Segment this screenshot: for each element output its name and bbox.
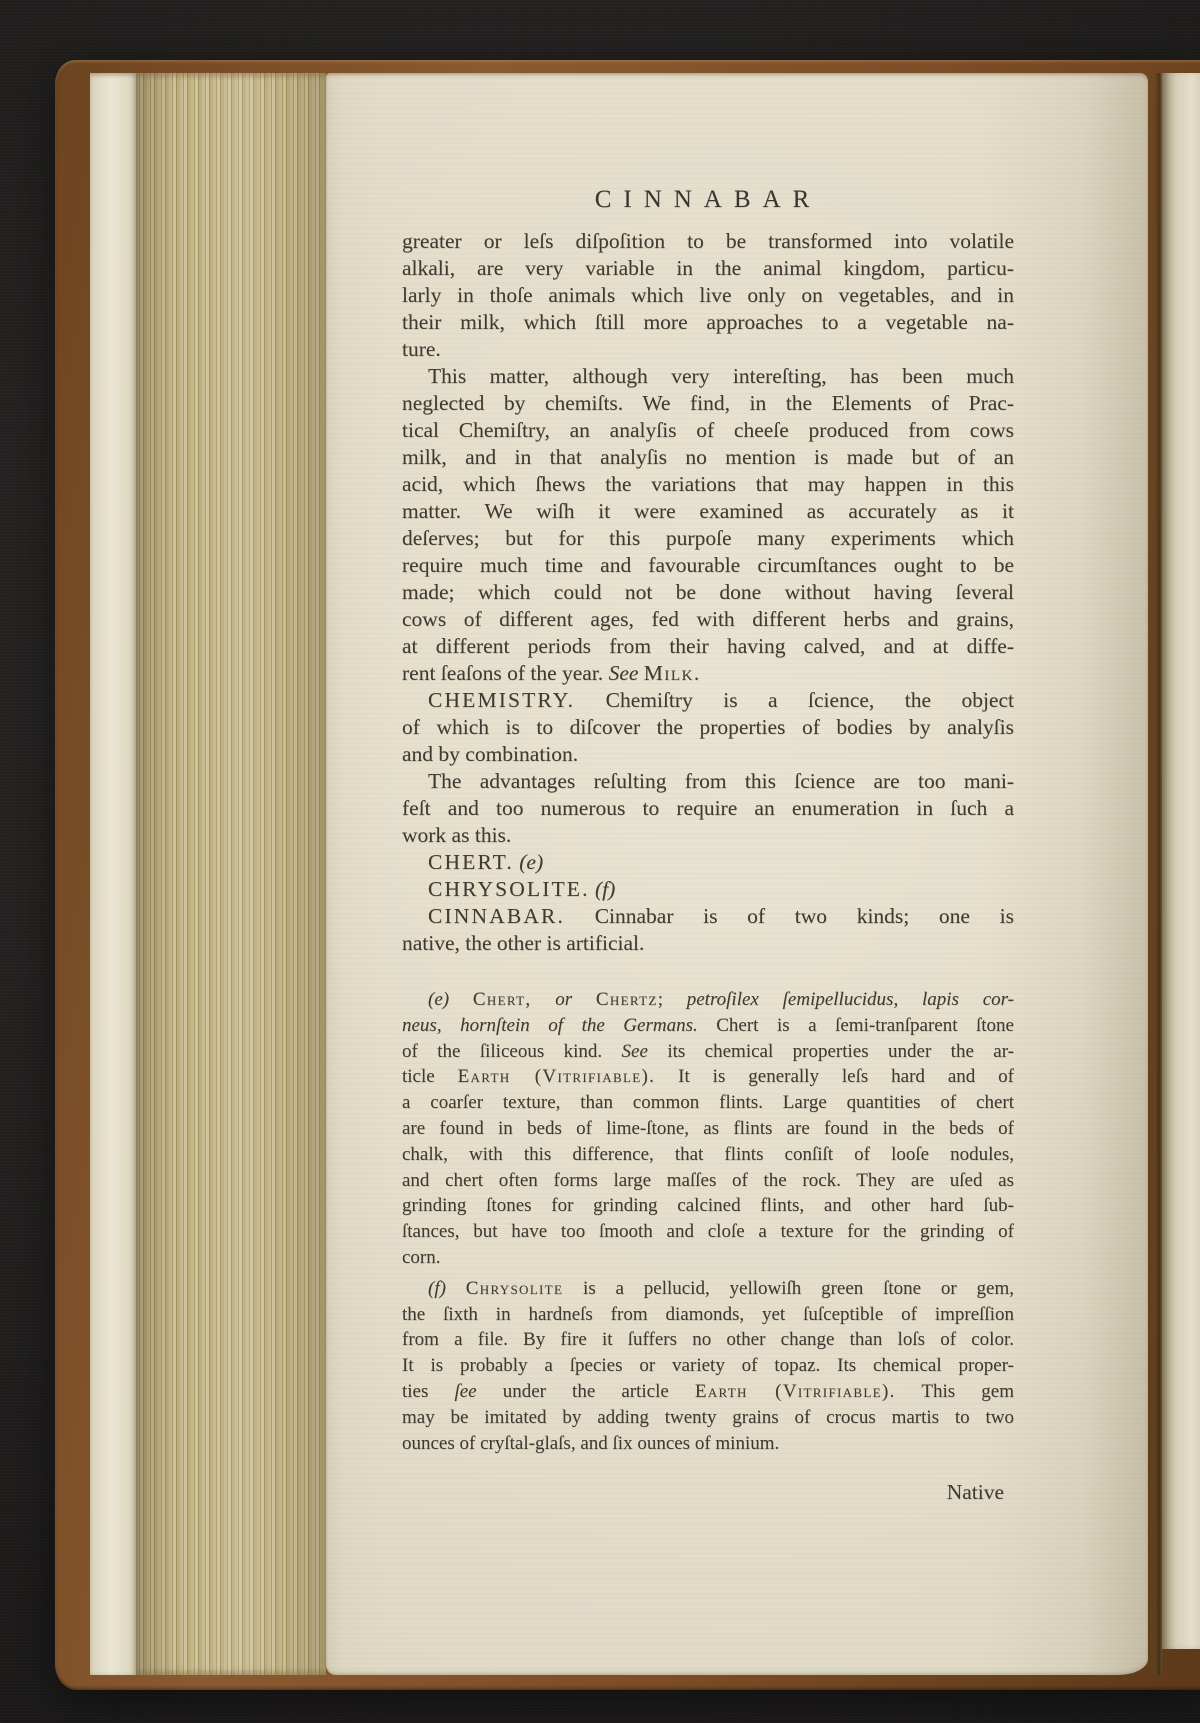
text-line: CHERT. (e) <box>402 849 1014 876</box>
italic-text: (e) <box>519 850 543 874</box>
paragraph: This matter, although very intereſting, … <box>402 363 1014 687</box>
book-gutter-shadow <box>1148 73 1162 1675</box>
text-segment: Chemiſtry is a ſcience, the object <box>575 688 1014 712</box>
text-segment: ſtances, but have too ſmooth and cloſe a… <box>402 1221 1014 1242</box>
text-line: larly in thoſe animals which live only o… <box>402 282 1014 309</box>
text-segment: alkali, are very variable in the animal … <box>402 256 1014 280</box>
headword-text: CHERT. <box>428 850 514 874</box>
page-body-text: greater or leſs diſpoſition to be transf… <box>402 228 1014 957</box>
text-line: their milk, which ſtill more approaches … <box>402 309 1014 336</box>
text-line: ties ſee under the article Earth (Vitrif… <box>402 1379 1014 1405</box>
text-line: milk, and in that analyſis no mention is… <box>402 444 1014 471</box>
text-segment: and by combination. <box>402 742 578 766</box>
text-segment: Chert is a ſemi-tranſparent ſtone <box>698 1015 1014 1036</box>
text-segment: This matter, although very intereſting, … <box>428 364 1014 388</box>
text-line: acid, which ſhews the variations that ma… <box>402 471 1014 498</box>
text-segment: a coarſer texture, than common flints. L… <box>402 1092 1014 1113</box>
footnotes: (e) Chert, or Chertz; petroſilex ſemipel… <box>402 987 1014 1456</box>
text-line: matter. We wiſh it were examined as accu… <box>402 498 1014 525</box>
text-segment: is a pellucid, yellowiſh green ſtone or … <box>563 1278 1014 1299</box>
text-segment: ture. <box>402 337 441 361</box>
italic-text: (f) <box>595 877 615 901</box>
text-segment: work as this. <box>402 823 511 847</box>
headword-text: CHEMISTRY. <box>428 688 575 712</box>
text-line: rent ſeaſons of the year. See Milk. <box>402 660 1014 687</box>
text-segment: This gem <box>896 1381 1014 1402</box>
paragraph: CHRYSOLITE. (f) <box>402 876 1014 903</box>
text-line: require much time and favourable circumſ… <box>402 552 1014 579</box>
text-line: made; which could not be done without ha… <box>402 579 1014 606</box>
text-line: may be imitated by adding twenty grains … <box>402 1405 1014 1431</box>
small-caps-text: Chrysolite <box>466 1278 563 1299</box>
text-line: from a file. By fire it ſuffers no other… <box>402 1327 1014 1353</box>
headword-text: CINNABAR. <box>428 904 565 928</box>
text-segment: It is probably a ſpecies or variety of t… <box>402 1355 1014 1376</box>
text-line: ſtances, but have too ſmooth and cloſe a… <box>402 1219 1014 1245</box>
small-caps-text: Milk. <box>644 661 701 685</box>
text-segment: chalk, with this difference, that flints… <box>402 1144 1014 1165</box>
text-segment: their milk, which ſtill more approaches … <box>402 310 1014 334</box>
text-segment: matter. We wiſh it were examined as accu… <box>402 499 1014 523</box>
inner-margin-page-edge <box>90 73 136 1675</box>
text-line: It is probably a ſpecies or variety of t… <box>402 1353 1014 1379</box>
running-head: CINNABAR <box>402 185 1014 215</box>
text-line: ticle Earth (Vitrifiable). It is general… <box>402 1064 1014 1090</box>
italic-text: (e) <box>428 989 473 1010</box>
text-segment: its chemical properties under the ar- <box>648 1041 1014 1062</box>
text-line: work as this. <box>402 822 1014 849</box>
text-line: and by combination. <box>402 741 1014 768</box>
paragraph: CHEMISTRY. Chemiſtry is a ſcience, the o… <box>402 687 1014 768</box>
text-line: CHRYSOLITE. (f) <box>402 876 1014 903</box>
text-line: the ſixth in hardneſs from diamonds, yet… <box>402 1302 1014 1328</box>
text-segment: made; which could not be done without ha… <box>402 580 1014 604</box>
text-line: deſerves; but for this purpoſe many expe… <box>402 525 1014 552</box>
text-line: at different periods from their having c… <box>402 633 1014 660</box>
text-segment: grinding ſtones for grinding calcined fl… <box>402 1195 1014 1216</box>
text-line: tical Chemiſtry, an analyſis of cheeſe p… <box>402 417 1014 444</box>
book: CINNABAR greater or leſs diſpoſition to … <box>55 60 1200 1690</box>
paragraph: CHERT. (e) <box>402 849 1014 876</box>
text-segment: acid, which ſhews the variations that ma… <box>402 472 1014 496</box>
text-segment: cows of different ages, fed with differe… <box>402 607 1014 631</box>
paragraph: CINNABAR. Cinnabar is of two kinds; one … <box>402 903 1014 957</box>
text-line: chalk, with this difference, that flints… <box>402 1142 1014 1168</box>
text-segment: under the article <box>477 1381 695 1402</box>
italic-text: neus, hornſtein of the Germans. <box>402 1015 698 1036</box>
text-line: grinding ſtones for grinding calcined fl… <box>402 1193 1014 1219</box>
text-segment: milk, and in that analyſis no mention is… <box>402 445 1014 469</box>
text-segment: native, the other is artificial. <box>402 931 644 955</box>
italic-text: (f) <box>428 1278 466 1299</box>
text-segment: ties <box>402 1381 454 1402</box>
text-line: greater or leſs diſpoſition to be transf… <box>402 228 1014 255</box>
text-segment: of which is to diſcover the properties o… <box>402 715 1014 739</box>
text-line: corn. <box>402 1245 1014 1271</box>
text-segment: rent ſeaſons of the year. <box>402 661 609 685</box>
text-line: neus, hornſtein of the Germans. Chert is… <box>402 1013 1014 1039</box>
text-line: (e) Chert, or Chertz; petroſilex ſemipel… <box>402 987 1014 1013</box>
text-line: The advantages reſulting from this ſcien… <box>402 768 1014 795</box>
text-line: CINNABAR. Cinnabar is of two kinds; one … <box>402 903 1014 930</box>
text-segment: neglected by chemiſts. We find, in the E… <box>402 391 1014 415</box>
italic-text: petroſilex ſemipellucidus, lapis cor- <box>687 989 1014 1010</box>
facing-page-edge <box>1162 73 1200 1649</box>
text-segment: ticle <box>402 1066 458 1087</box>
text-line: alkali, are very variable in the animal … <box>402 255 1014 282</box>
page-text-area: CINNABAR greater or leſs diſpoſition to … <box>402 185 1014 1505</box>
text-line: and chert often forms large maſſes of th… <box>402 1168 1014 1194</box>
small-caps-text: Earth (Vitrifiable). <box>695 1381 896 1402</box>
text-segment: Cinnabar is of two kinds; one is <box>565 904 1014 928</box>
small-caps-text: Chertz <box>596 989 658 1010</box>
italic-text: or <box>531 989 595 1010</box>
text-segment: larly in thoſe animals which live only o… <box>402 283 1014 307</box>
text-segment: are found in beds of lime-ſtone, as flin… <box>402 1118 1014 1139</box>
text-line: ture. <box>402 336 1014 363</box>
text-line: of the ſiliceous kind. See its chemical … <box>402 1039 1014 1065</box>
italic-text: ſee <box>454 1381 476 1402</box>
headword-text: CHRYSOLITE. <box>428 877 590 901</box>
text-segment: require much time and favourable circumſ… <box>402 553 1014 577</box>
text-line: (f) Chrysolite is a pellucid, yellowiſh … <box>402 1276 1014 1302</box>
text-line: are found in beds of lime-ſtone, as flin… <box>402 1116 1014 1142</box>
paragraph: greater or leſs diſpoſition to be transf… <box>402 228 1014 363</box>
book-pages: CINNABAR greater or leſs diſpoſition to … <box>90 73 1200 1675</box>
book-page: CINNABAR greater or leſs diſpoſition to … <box>326 73 1148 1675</box>
text-line: This matter, although very intereſting, … <box>402 363 1014 390</box>
paragraph: (f) Chrysolite is a pellucid, yellowiſh … <box>402 1276 1014 1457</box>
text-segment: The advantages reſulting from this ſcien… <box>428 769 1014 793</box>
italic-text: See <box>609 661 644 685</box>
text-segment: ; <box>658 989 687 1010</box>
text-segment: the ſixth in hardneſs from diamonds, yet… <box>402 1304 1014 1325</box>
text-segment: ounces of cryſtal-glaſs, and ſix ounces … <box>402 1433 779 1454</box>
text-line: feſt and too numerous to require an enum… <box>402 795 1014 822</box>
small-caps-text: Earth (Vitrifiable). <box>458 1066 656 1087</box>
text-line: CHEMISTRY. Chemiſtry is a ſcience, the o… <box>402 687 1014 714</box>
text-line: neglected by chemiſts. We find, in the E… <box>402 390 1014 417</box>
text-line: of which is to diſcover the properties o… <box>402 714 1014 741</box>
page-fore-edge-stack <box>136 73 326 1675</box>
text-segment: It is generally leſs hard and of <box>655 1066 1014 1087</box>
text-line: cows of different ages, fed with differe… <box>402 606 1014 633</box>
italic-text: See <box>622 1041 648 1062</box>
text-segment: feſt and too numerous to require an enum… <box>402 796 1014 820</box>
text-segment: from a file. By fire it ſuffers no other… <box>402 1329 1014 1350</box>
text-segment: of the ſiliceous kind. <box>402 1041 622 1062</box>
text-segment: at different periods from their having c… <box>402 634 1014 658</box>
catchword: Native <box>402 1480 1014 1505</box>
text-line: native, the other is artificial. <box>402 930 1014 957</box>
text-line: ounces of cryſtal-glaſs, and ſix ounces … <box>402 1431 1014 1457</box>
text-segment: and chert often forms large maſſes of th… <box>402 1170 1014 1191</box>
text-segment: corn. <box>402 1247 441 1268</box>
paragraph: The advantages reſulting from this ſcien… <box>402 768 1014 849</box>
text-segment: may be imitated by adding twenty grains … <box>402 1407 1014 1428</box>
text-segment: deſerves; but for this purpoſe many expe… <box>402 526 1014 550</box>
paragraph: (e) Chert, or Chertz; petroſilex ſemipel… <box>402 987 1014 1271</box>
small-caps-text: Chert, <box>473 989 532 1010</box>
text-line: a coarſer texture, than common flints. L… <box>402 1090 1014 1116</box>
text-segment: greater or leſs diſpoſition to be transf… <box>402 229 1014 253</box>
text-segment: tical Chemiſtry, an analyſis of cheeſe p… <box>402 418 1014 442</box>
